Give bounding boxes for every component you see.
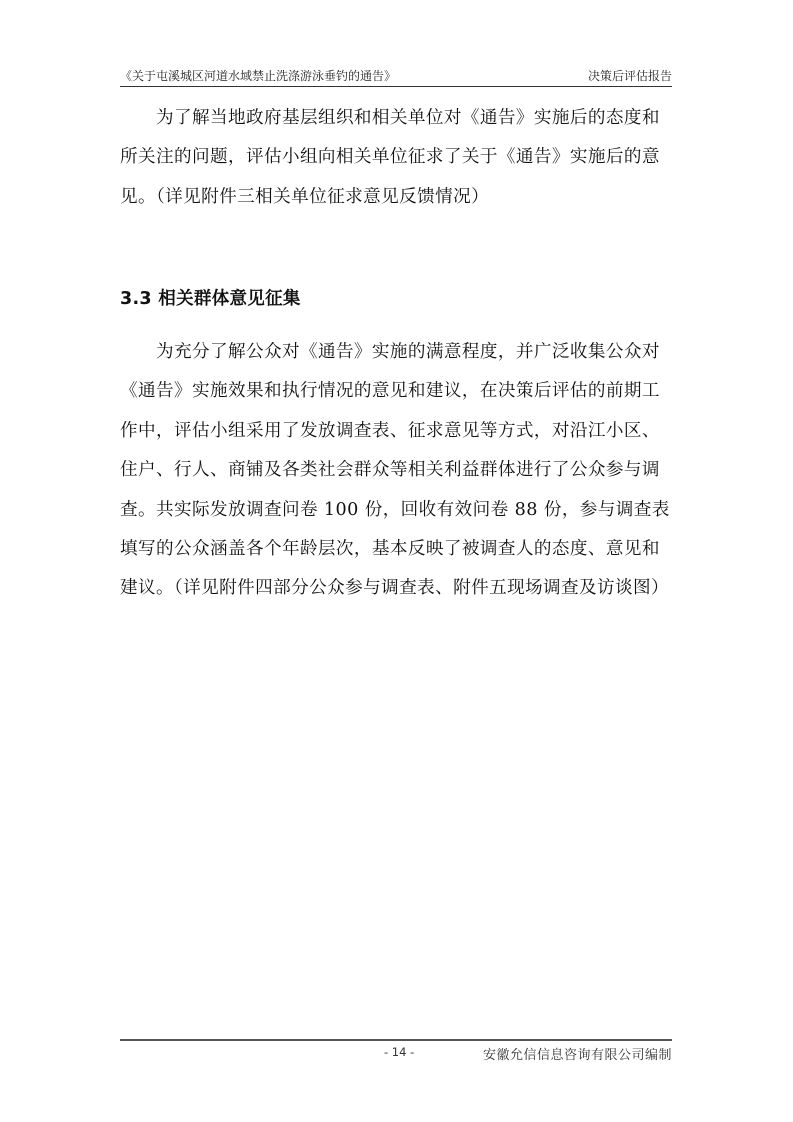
text-line: 查。共实际发放调查问卷 100 份，回收有效问卷 88 份，参与调查表: [120, 491, 673, 530]
page-header: 《关于屯溪城区河道水域禁止洗涤游泳垂钓的通告》 决策后评估报告: [120, 66, 672, 87]
text-line: 见。（详见附件三相关单位征求意见反馈情况）: [120, 178, 673, 217]
text-line: 住户、行人、商铺及各类社会群众等相关利益群体进行了公众参与调: [120, 451, 673, 490]
text-line: 所关注的问题，评估小组向相关单位征求了关于《通告》实施后的意: [120, 138, 673, 177]
footer-company: 安徽允信信息咨询有限公司编制: [483, 1044, 672, 1063]
page-footer: - 14 - 安徽允信信息咨询有限公司编制: [120, 1039, 672, 1065]
text-line: 《通告》实施效果和执行情况的意见和建议，在决策后评估的前期工: [120, 372, 673, 411]
text-line: 作中，评估小组采用了发放调查表、征求意见等方式，对沿江小区、: [120, 412, 673, 451]
section-heading: 3.3 相关群体意见征集: [120, 285, 301, 310]
text-line: 填写的公众涵盖各个年龄层次，基本反映了被调查人的态度、意见和: [120, 530, 673, 569]
paragraph-unit-feedback: 为了解当地政府基层组织和相关单位对《通告》实施后的态度和 所关注的问题，评估小组…: [120, 99, 673, 217]
page-number: - 14 -: [384, 1045, 414, 1059]
header-report-type: 决策后评估报告: [588, 67, 672, 84]
text-line: 建议。（详见附件四部分公众参与调查表、附件五现场调查及访谈图）: [120, 569, 673, 608]
header-document-title: 《关于屯溪城区河道水域禁止洗涤游泳垂钓的通告》: [120, 67, 396, 84]
document-page: 《关于屯溪城区河道水域禁止洗涤游泳垂钓的通告》 决策后评估报告 为了解当地政府基…: [0, 0, 793, 1122]
text-line: 为充分了解公众对《通告》实施的满意程度，并广泛收集公众对: [120, 333, 673, 372]
text-line: 为了解当地政府基层组织和相关单位对《通告》实施后的态度和: [120, 99, 673, 138]
paragraph-public-survey: 为充分了解公众对《通告》实施的满意程度，并广泛收集公众对 《通告》实施效果和执行…: [120, 333, 673, 609]
